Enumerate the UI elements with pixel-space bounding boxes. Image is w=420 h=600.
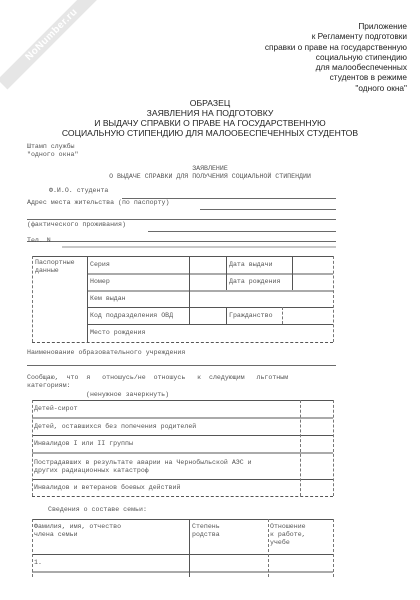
appendix-line: справки о праве на государственную bbox=[187, 42, 407, 52]
family-section-title: Сведения о составе семьи: bbox=[48, 506, 147, 514]
citizenship-label: Гражданство bbox=[229, 312, 273, 320]
appendix-line: Приложение bbox=[187, 21, 407, 31]
fio-label: Ф.И.О. студента bbox=[49, 187, 108, 195]
family-header-name: Фамилия, имя, отчество bbox=[34, 523, 121, 531]
benefit-category-mark[interactable] bbox=[301, 454, 332, 478]
family-header-name-2: члена семьи bbox=[34, 531, 78, 539]
number-field[interactable] bbox=[190, 275, 225, 289]
address-label: Адрес места жительства (по паспорту) bbox=[27, 199, 169, 207]
passport-section-label: Паспортные данные bbox=[35, 259, 75, 275]
benefits-intro-2: категориям: bbox=[27, 382, 71, 390]
birth-date-field[interactable] bbox=[293, 275, 332, 289]
birthplace-label: Место рождения bbox=[90, 329, 145, 337]
application-subheading: О ВЫДАЧЕ СПРАВКИ ДЛЯ ПОЛУЧЕНИЯ СОЦИАЛЬНО… bbox=[0, 173, 420, 181]
phone-input[interactable] bbox=[62, 246, 336, 248]
issued-by-label: Кем выдан bbox=[90, 295, 126, 303]
title-line: ЗАЯВЛЕНИЯ НА ПОДГОТОВКУ bbox=[0, 108, 420, 118]
benefit-category-label: Детей, оставшихся без попечения родителе… bbox=[34, 423, 196, 431]
document-title: ОБРАЗЕЦ ЗАЯВЛЕНИЯ НА ПОДГОТОВКУ И ВЫДАЧУ… bbox=[0, 98, 420, 138]
issued-by-field[interactable] bbox=[190, 292, 332, 306]
benefit-category-mark[interactable] bbox=[301, 419, 332, 434]
number-label: Номер bbox=[90, 278, 110, 286]
title-line: ОБРАЗЕЦ bbox=[0, 98, 420, 108]
actual-address-input-line-2[interactable] bbox=[27, 241, 336, 242]
family-header-relation: Степень bbox=[192, 523, 220, 531]
family-row-relation[interactable] bbox=[190, 556, 267, 570]
benefit-category-label: Инвалидов и ветеранов боевых действий bbox=[34, 484, 180, 492]
benefit-category-mark[interactable] bbox=[301, 480, 332, 495]
dept-code-field[interactable] bbox=[190, 308, 225, 323]
appendix-line: социальную стипендию bbox=[187, 52, 407, 62]
benefit-category-label-2: других радиационных катастроф bbox=[34, 467, 149, 475]
birth-date-label: Дата рождения bbox=[229, 278, 280, 286]
issue-date-label: Дата выдачи bbox=[229, 261, 273, 269]
benefit-category-label: Инвалидов I или II группы bbox=[34, 440, 133, 448]
address-input[interactable] bbox=[200, 209, 336, 210]
benefits-note: (ненужное зачеркнуть) bbox=[86, 391, 169, 399]
benefit-category-label: Детей-сирот bbox=[34, 405, 78, 413]
appendix-line: "одного окна" bbox=[187, 83, 407, 93]
family-header-occupation: Отношение bbox=[270, 523, 306, 531]
stamp-label-2: "одного окна" bbox=[27, 151, 78, 159]
family-header-occupation-3: учебе bbox=[270, 539, 290, 547]
title-line: СОЦИАЛЬНУЮ СТИПЕНДИЮ ДЛЯ МАЛООБЕСПЕЧЕННЫ… bbox=[0, 128, 420, 138]
dept-code-label: Код подразделения ОВД bbox=[90, 312, 173, 320]
benefit-category-mark[interactable] bbox=[301, 401, 332, 416]
family-header-occupation-2: к работе, bbox=[270, 531, 306, 539]
actual-address-input[interactable] bbox=[148, 231, 336, 232]
address-input-line-2[interactable] bbox=[27, 219, 336, 220]
application-heading: ЗАЯВЛЕНИЕ bbox=[0, 165, 420, 173]
title-line: И ВЫДАЧУ СПРАВКИ О ПРАВЕ НА ГОСУДАРСТВЕН… bbox=[0, 118, 420, 128]
series-label: Серия bbox=[90, 261, 110, 269]
stamp-label: Штамп службы bbox=[27, 143, 74, 151]
appendix-line: студентов в режиме bbox=[187, 72, 407, 82]
benefits-intro: Сообщаю, что я отношусь/не отношусь к сл… bbox=[27, 374, 288, 382]
institution-label: Наименование образовательного учреждения bbox=[27, 349, 185, 357]
benefit-category-mark[interactable] bbox=[301, 436, 332, 451]
phone-label: Тел. N bbox=[27, 237, 51, 245]
appendix-line: к Регламенту подготовки bbox=[187, 31, 407, 41]
birthplace-field[interactable] bbox=[160, 326, 332, 341]
appendix-note: Приложение к Регламенту подготовки справ… bbox=[187, 21, 407, 93]
family-row-occupation[interactable] bbox=[269, 556, 332, 570]
institution-input[interactable] bbox=[27, 365, 336, 366]
watermark: NoNumber.ru bbox=[0, 0, 106, 89]
family-row-name[interactable]: 1. bbox=[34, 559, 42, 567]
appendix-line: для малообеспеченных bbox=[187, 62, 407, 72]
actual-address-label: (фактического проживания) bbox=[27, 221, 126, 229]
family-header-relation-2: родства bbox=[192, 531, 220, 539]
benefit-category-label: Пострадавших в результате аварии на Черн… bbox=[34, 459, 252, 467]
series-field[interactable] bbox=[190, 257, 225, 272]
issue-date-field[interactable] bbox=[293, 257, 332, 272]
citizenship-field[interactable] bbox=[284, 308, 332, 323]
